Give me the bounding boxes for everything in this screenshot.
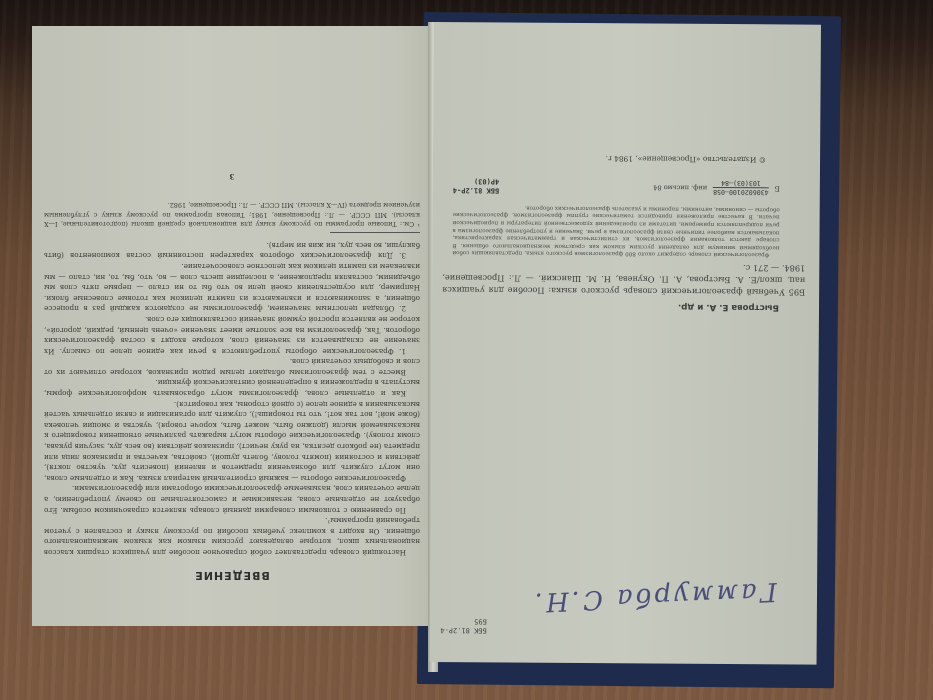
bbk-label: ББК 81.2Р-4: [440, 625, 486, 634]
price-note: инф. письмо 84: [653, 182, 707, 193]
bbk-code-top: ББК 81.2Р-4 Б95: [440, 616, 486, 634]
fraction-numerator: 4306020100—058: [713, 187, 769, 196]
copyright-line: © Издательство «Просвещение», 1984 г.: [443, 152, 766, 165]
catalog-entry: Б95 Учебный фразеологический словарь рус…: [442, 260, 805, 299]
annotation: Фразеологический словарь содержит около …: [452, 202, 779, 257]
footnote-rule: [330, 232, 420, 233]
paragraph: 3. Для фразеологических оборотов характе…: [44, 239, 420, 260]
paragraph: Вместе с тем фразеологизмы обладают целы…: [44, 356, 420, 377]
paragraph: Настоящий словарь представляет собой спр…: [44, 515, 420, 557]
left-page: ВВЕДЕНИЕ Настоящий словарь представляет …: [32, 26, 436, 626]
bbk-label-2: ББК 81.2Р-4: [453, 185, 499, 194]
right-page: ББК 81.2Р-4 Б95 Гаммурба С.Н. Быстрова Е…: [430, 22, 821, 665]
footnote: ¹ См.: Типовые программы по русскому язы…: [44, 199, 420, 228]
paragraph: Как и отдельные слова, фразеологизмы мог…: [44, 377, 420, 398]
fraction: 4306020100—058 103(03)—84: [713, 179, 769, 196]
bbk-label-3: 4Р(03): [453, 176, 499, 185]
price-formula: Б 4306020100—058 103(03)—84 инф. письмо …: [653, 179, 780, 197]
intro-text: Настоящий словарь представляет собой спр…: [44, 239, 420, 557]
index-label: Б95: [440, 616, 486, 625]
paragraph: Фразеологические обороты — важный строит…: [44, 398, 420, 483]
chapter-heading: ВВЕДЕНИЕ: [44, 569, 420, 582]
price-block: Б 4306020100—058 103(03)—84 инф. письмо …: [453, 176, 780, 196]
fraction-denominator: 103(03)—84: [713, 179, 769, 187]
handwritten-signature: Гаммурба С.Н.: [531, 576, 777, 617]
letter-b: Б: [775, 183, 780, 194]
bbk-code-bottom: ББК 81.2Р-4 4Р(03): [453, 176, 499, 194]
page-number: 3: [44, 171, 420, 182]
paragraph: 2. Обладая целостным значением, фразеоло…: [44, 260, 420, 313]
paragraph: По сравнению с толковыми словарями данны…: [44, 483, 420, 515]
author-line: Быстрова Е. А. и др.: [442, 299, 805, 312]
paragraph: 1. Фразеологические обороты употребляютс…: [44, 313, 420, 355]
